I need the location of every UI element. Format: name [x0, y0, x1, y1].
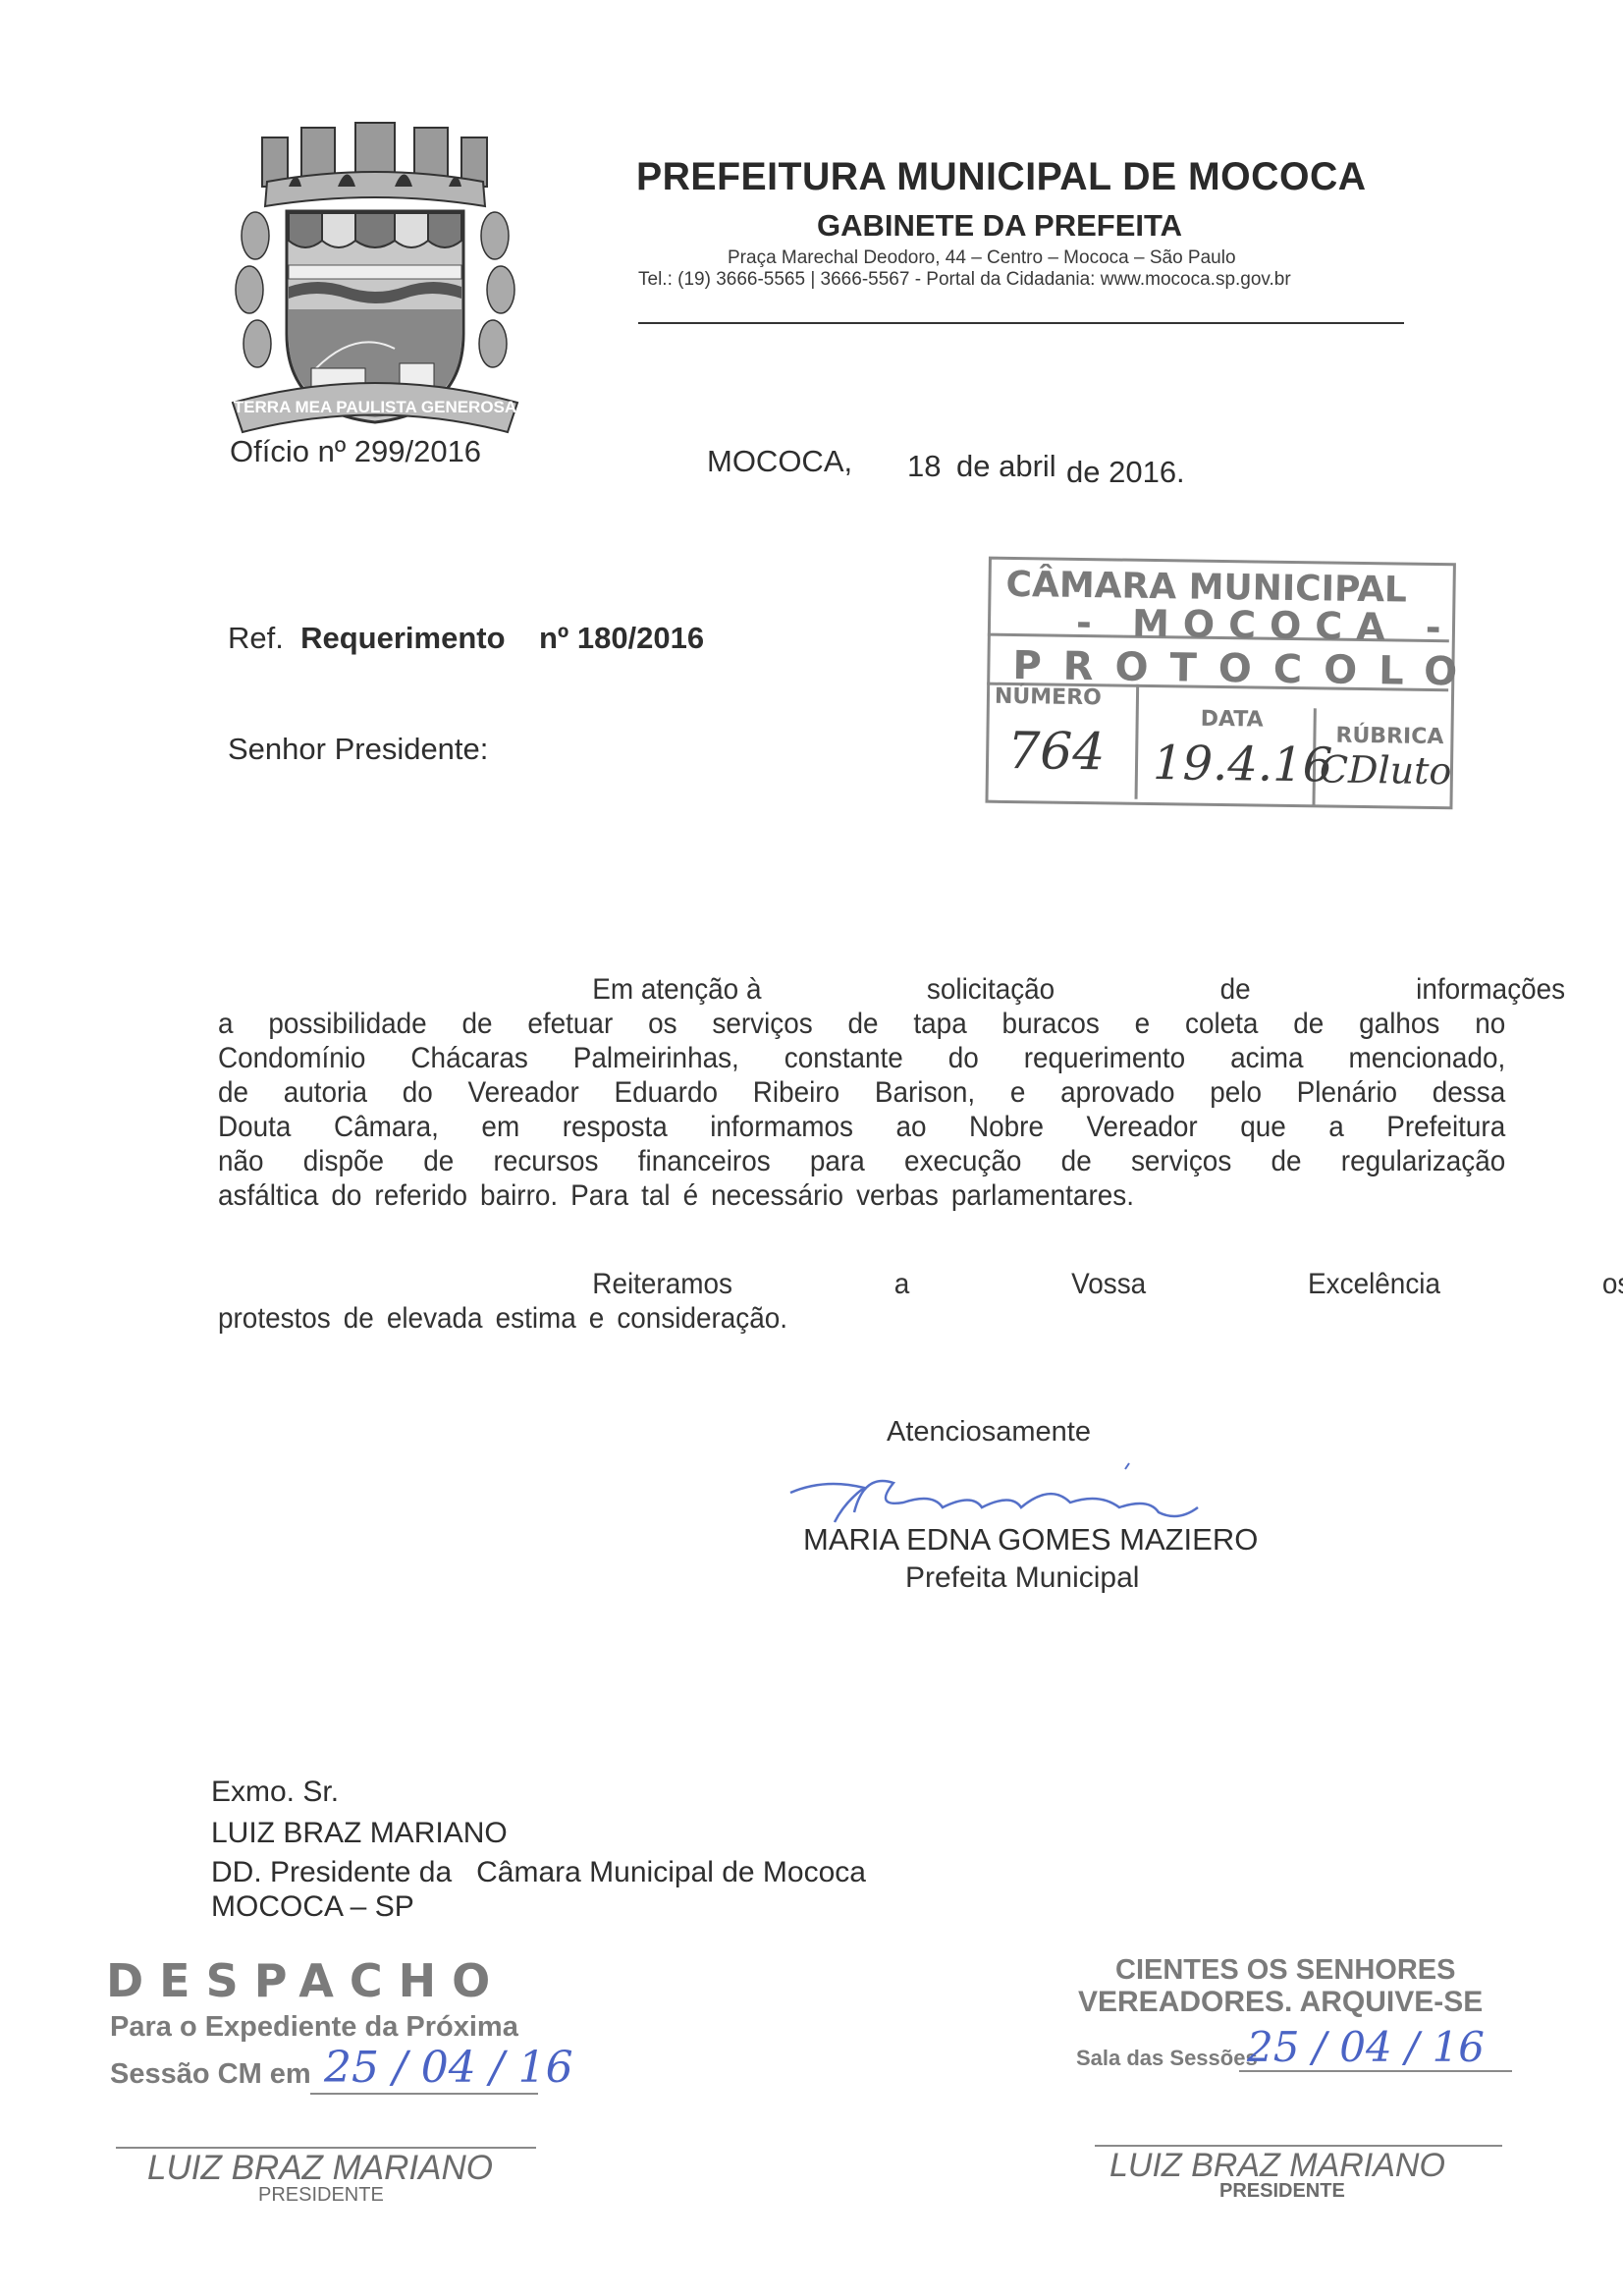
salutation: Senhor Presidente: — [228, 732, 488, 767]
paragraph-line: deautoriadoVereadorEduardoRibeiroBarison… — [218, 1075, 1505, 1110]
stamp-line2: - MOCOCA - — [1076, 601, 1455, 649]
despacho-line1: Para o Expediente da Próxima — [110, 2011, 518, 2044]
paragraph-line: asfálticadoreferidobairro.Paratalénecess… — [218, 1178, 1505, 1213]
signature-handwritten — [785, 1453, 1276, 1532]
oficio-number: Ofício nº 299/2016 — [230, 434, 481, 469]
despacho-line2: Sessão CM em — [110, 2058, 311, 2091]
letter-year: de 2016. — [1066, 455, 1185, 490]
reference-line: Ref. Requerimento nº 180/2016 — [228, 621, 704, 656]
despacho-date-handwritten: 25 / 04 / 16 — [324, 2043, 573, 2093]
header-contact: Tel.: (19) 3666-5565 | 3666-5567 - Porta… — [638, 269, 1291, 291]
closing: Atenciosamente — [887, 1416, 1091, 1449]
paragraph-line: protestosdeelevadaestimaeconsideração. — [218, 1301, 1505, 1336]
signer-role: Prefeita Municipal — [905, 1561, 1139, 1595]
institution-title: PREFEITURA MUNICIPAL DE MOCOCA — [636, 155, 1367, 199]
recipient-city: MOCOCA – SP — [211, 1890, 414, 1924]
ref-document: Requerimento — [300, 621, 505, 655]
paragraph-line: nãodispõederecursosfinanceirosparaexecuç… — [218, 1144, 1505, 1178]
archive-president-title: PRESIDENTE — [1219, 2180, 1345, 2203]
archive-line1: CIENTES OS SENHORES — [1115, 1954, 1455, 1987]
recipient-salutation: Exmo. Sr. — [211, 1776, 339, 1809]
ref-number: nº 180/2016 — [539, 621, 704, 655]
letter-day: 18 — [907, 449, 941, 484]
body-paragraph-1: Em atenção àsolicitaçãodeinformaçõescom … — [218, 972, 1504, 1213]
header-divider — [638, 322, 1404, 324]
recipient-name: LUIZ BRAZ MARIANO — [211, 1817, 508, 1850]
paragraph-line: DoutaCâmara,emrespostainformamosaoNobreV… — [218, 1110, 1505, 1144]
letter-month: de abril — [956, 449, 1056, 484]
stamp-numero-label: NÚMERO — [995, 684, 1102, 711]
stamp-numero-value: 764 — [1007, 722, 1106, 782]
paragraph-line: ReiteramosaVossaExcelênciaosnossos — [218, 1267, 1623, 1301]
protocol-stamp: CÂMARA MUNICIPAL - MOCOCA - PROTOCOLO NÚ… — [985, 557, 1460, 839]
stamp-data-value: 19.4.16 — [1153, 736, 1333, 793]
despacho-president-title: PRESIDENTE — [258, 2184, 384, 2207]
body-paragraph-2: ReiteramosaVossaExcelênciaosnossosprotes… — [218, 1267, 1504, 1336]
paragraph-line: CondomínioChácarasPalmeirinhas,constante… — [218, 1041, 1505, 1075]
archive-date-handwritten: 25 / 04 / 16 — [1247, 2023, 1485, 2071]
stamp-rubrica-label: RÚBRICA — [1335, 724, 1443, 750]
paragraph-line: apossibilidadedeefetuarosserviçosdetapab… — [218, 1007, 1505, 1041]
department-subtitle: GABINETE DA PREFEITA — [817, 208, 1182, 244]
paragraph-line: Em atenção àsolicitaçãodeinformaçõescom … — [218, 972, 1623, 1007]
crest-motto: TERRA MEA PAULISTA GENEROSA — [234, 398, 516, 416]
archive-line3: Sala das Sessões — [1076, 2046, 1258, 2071]
letter-city: MOCOCA, — [707, 444, 852, 479]
archive-line2: VEREADORES. ARQUIVE-SE — [1078, 1986, 1483, 2019]
despacho-president-name: LUIZ BRAZ MARIANO — [147, 2149, 493, 2188]
despacho-title: DESPACHO — [106, 1954, 506, 2007]
signer-name: MARIA EDNA GOMES MAZIERO — [803, 1522, 1258, 1558]
stamp-data-label: DATA — [1201, 707, 1264, 733]
stamp-rubrica-signature: CDluto — [1320, 747, 1452, 793]
coat-of-arms-logo: TERRA MEA PAULISTA GENEROSA — [228, 118, 522, 442]
ref-prefix: Ref. — [228, 621, 284, 655]
recipient-title: DD. Presidente da Câmara Municipal de Mo… — [211, 1856, 866, 1889]
header-address: Praça Marechal Deodoro, 44 – Centro – Mo… — [728, 247, 1236, 269]
